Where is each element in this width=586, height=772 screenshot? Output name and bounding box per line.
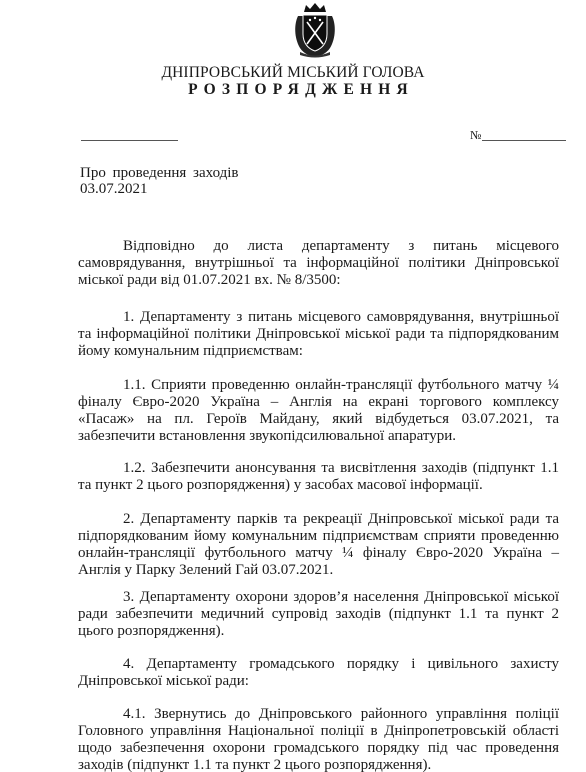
paragraph-text: 4.1. Звернутись до Дніпровського районно… [78,706,559,772]
paragraph-text: 1. Департаменту з питань місцевого самов… [78,309,559,359]
paragraph-text: 1.2. Забезпечити анонсування та висвітле… [78,460,559,493]
paragraph-text: 4. Департаменту громадського порядку і ц… [78,656,559,689]
coat-of-arms-icon [292,2,338,58]
clause-3: 3. Департаменту охорони здоров’я населен… [78,589,559,640]
issuer-title: ДНІПРОВСЬКИЙ МІСЬКИЙ ГОЛОВА [0,64,586,82]
clause-4: 4. Департаменту громадського порядку і ц… [78,656,559,690]
document-type: РОЗПОРЯДЖЕННЯ [0,81,586,99]
clause-1-2: 1.2. Забезпечити анонсування та висвітле… [78,460,559,494]
clause-4-1: 4.1. Звернутись до Дніпровського районно… [78,706,559,772]
paragraph-text: 3. Департаменту охорони здоров’я населен… [78,589,559,639]
preamble-paragraph: Відповідно до листа департаменту з питан… [78,238,559,289]
subject-title: Про проведення заходів [80,165,239,181]
number-blank-line [482,140,566,141]
date-blank-line [81,140,178,141]
paragraph-text: 2. Департаменту парків та рекреації Дніп… [78,511,559,578]
clause-2: 2. Департаменту парків та рекреації Дніп… [78,511,559,579]
clause-1-1: 1.1. Сприяти проведенню онлайн-трансляці… [78,377,559,445]
clause-1: 1. Департаменту з питань місцевого самов… [78,309,559,360]
paragraph-text: Відповідно до листа департаменту з питан… [78,238,559,288]
number-label: № [470,128,481,143]
subject-block: Про проведення заходів 03.07.2021 [80,165,239,197]
subject-date: 03.07.2021 [80,181,239,197]
paragraph-text: 1.1. Сприяти проведенню онлайн-трансляці… [78,377,559,444]
